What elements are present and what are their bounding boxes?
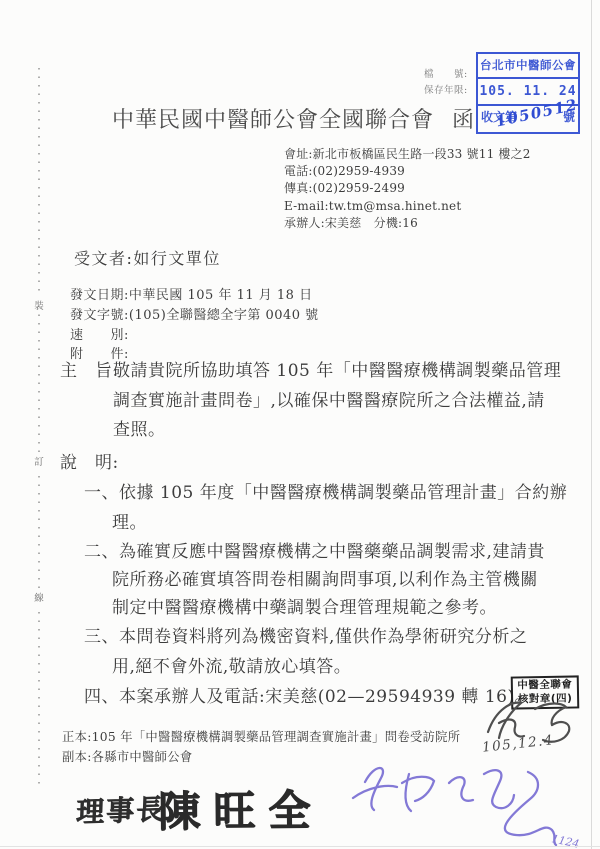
retention-period-label: 保存年限: bbox=[424, 82, 468, 96]
contact-person: 承辦人:宋美慈 分機:16 bbox=[284, 215, 531, 232]
binding-dotted-line bbox=[38, 68, 40, 790]
original-copy-line: 正本:105 年「中醫醫療機構調製藥品管理調查實施計畫」問卷受訪院所 bbox=[62, 727, 460, 745]
explanation-item-line: 制定中醫醫療機構中藥調製合理管理規範之參考。 bbox=[112, 593, 497, 618]
explanation-label: 說 明: bbox=[60, 448, 119, 473]
explanation-item-line: 四、本案承辦人及電話:宋美慈(02—29594939 轉 16)。 bbox=[84, 682, 532, 707]
receipt-stamp-org: 台北市中醫師公會 bbox=[478, 54, 578, 77]
issue-number-line: 發文字號:(105)全聯醫總全字第 0040 號 bbox=[70, 304, 319, 323]
priority-line: 速 別: bbox=[70, 324, 129, 343]
contact-block: 會址:新北市板橋區民生路一段33 號11 樓之2 電話:(02)2959-493… bbox=[284, 146, 531, 232]
file-number-label: 檔 號: bbox=[424, 66, 468, 80]
contact-address: 會址:新北市板橋區民生路一段33 號11 樓之2 bbox=[284, 146, 531, 163]
contact-fax: 傳真:(02)2959-2499 bbox=[284, 180, 531, 197]
subject-line: 查照。 bbox=[113, 415, 166, 440]
scan-edge-right bbox=[591, 0, 592, 849]
explanation-item-line: 三、本問卷資料將列為機密資料,僅供作為學術研究分析之 bbox=[84, 622, 527, 647]
margin-mark-zhuang: 裝 bbox=[33, 296, 45, 314]
subject-label: 主 旨: bbox=[60, 356, 119, 381]
chairman-title-calligraphy: 理事長 bbox=[75, 787, 166, 830]
check-stamp-line1: 中醫全聯會 bbox=[513, 678, 577, 693]
page-title: 中華民國中醫師公會全國聯合會 bbox=[112, 103, 434, 134]
contact-phone: 電話:(02)2959-4939 bbox=[284, 163, 531, 180]
issue-date-line: 發文日期:中華民國 105 年 11 月 18 日 bbox=[70, 284, 313, 303]
scan-edge-bottom bbox=[0, 846, 600, 847]
margin-mark-ding: 訂 bbox=[33, 452, 45, 470]
chairman-name-calligraphy: 陳旺全 bbox=[158, 777, 324, 838]
subject-line: 調查實施計畫問卷」,以確保中醫醫療院所之合法權益,請 bbox=[113, 386, 545, 411]
document-type-letter: 函 bbox=[452, 103, 474, 134]
cc-copy-line: 副本:各縣市中醫師公會 bbox=[62, 747, 192, 765]
explanation-item-line: 院所務必確實填答問卷相關詢問事項,以利作為主管機關 bbox=[112, 565, 538, 590]
margin-mark-xian: 線 bbox=[33, 588, 45, 606]
handwritten-annotation-purple: 1124 bbox=[345, 752, 580, 847]
subject-line: 敬請貴院所協助填答 105 年「中醫醫療機構調製藥品管理 bbox=[113, 356, 561, 381]
recipient-line: 受文者:如行文單位 bbox=[74, 246, 221, 269]
document-page: 裝 訂 線 檔 號: 保存年限: 台北市中醫師公會 105. 11. 24 收文… bbox=[0, 0, 600, 849]
explanation-item-line: 二、為確實反應中醫醫療機構之中醫藥藥品調製需求,建請貴 bbox=[84, 537, 545, 562]
contact-email: E-mail:tw.tm@msa.hinet.net bbox=[284, 198, 531, 215]
explanation-item-line: 一、依據 105 年度「中醫醫療機構調製藥品管理計畫」合約辦 bbox=[84, 478, 567, 503]
explanation-item-line: 理。 bbox=[112, 508, 147, 533]
explanation-item-line: 用,絕不會外流,敬請放心填答。 bbox=[112, 652, 351, 677]
